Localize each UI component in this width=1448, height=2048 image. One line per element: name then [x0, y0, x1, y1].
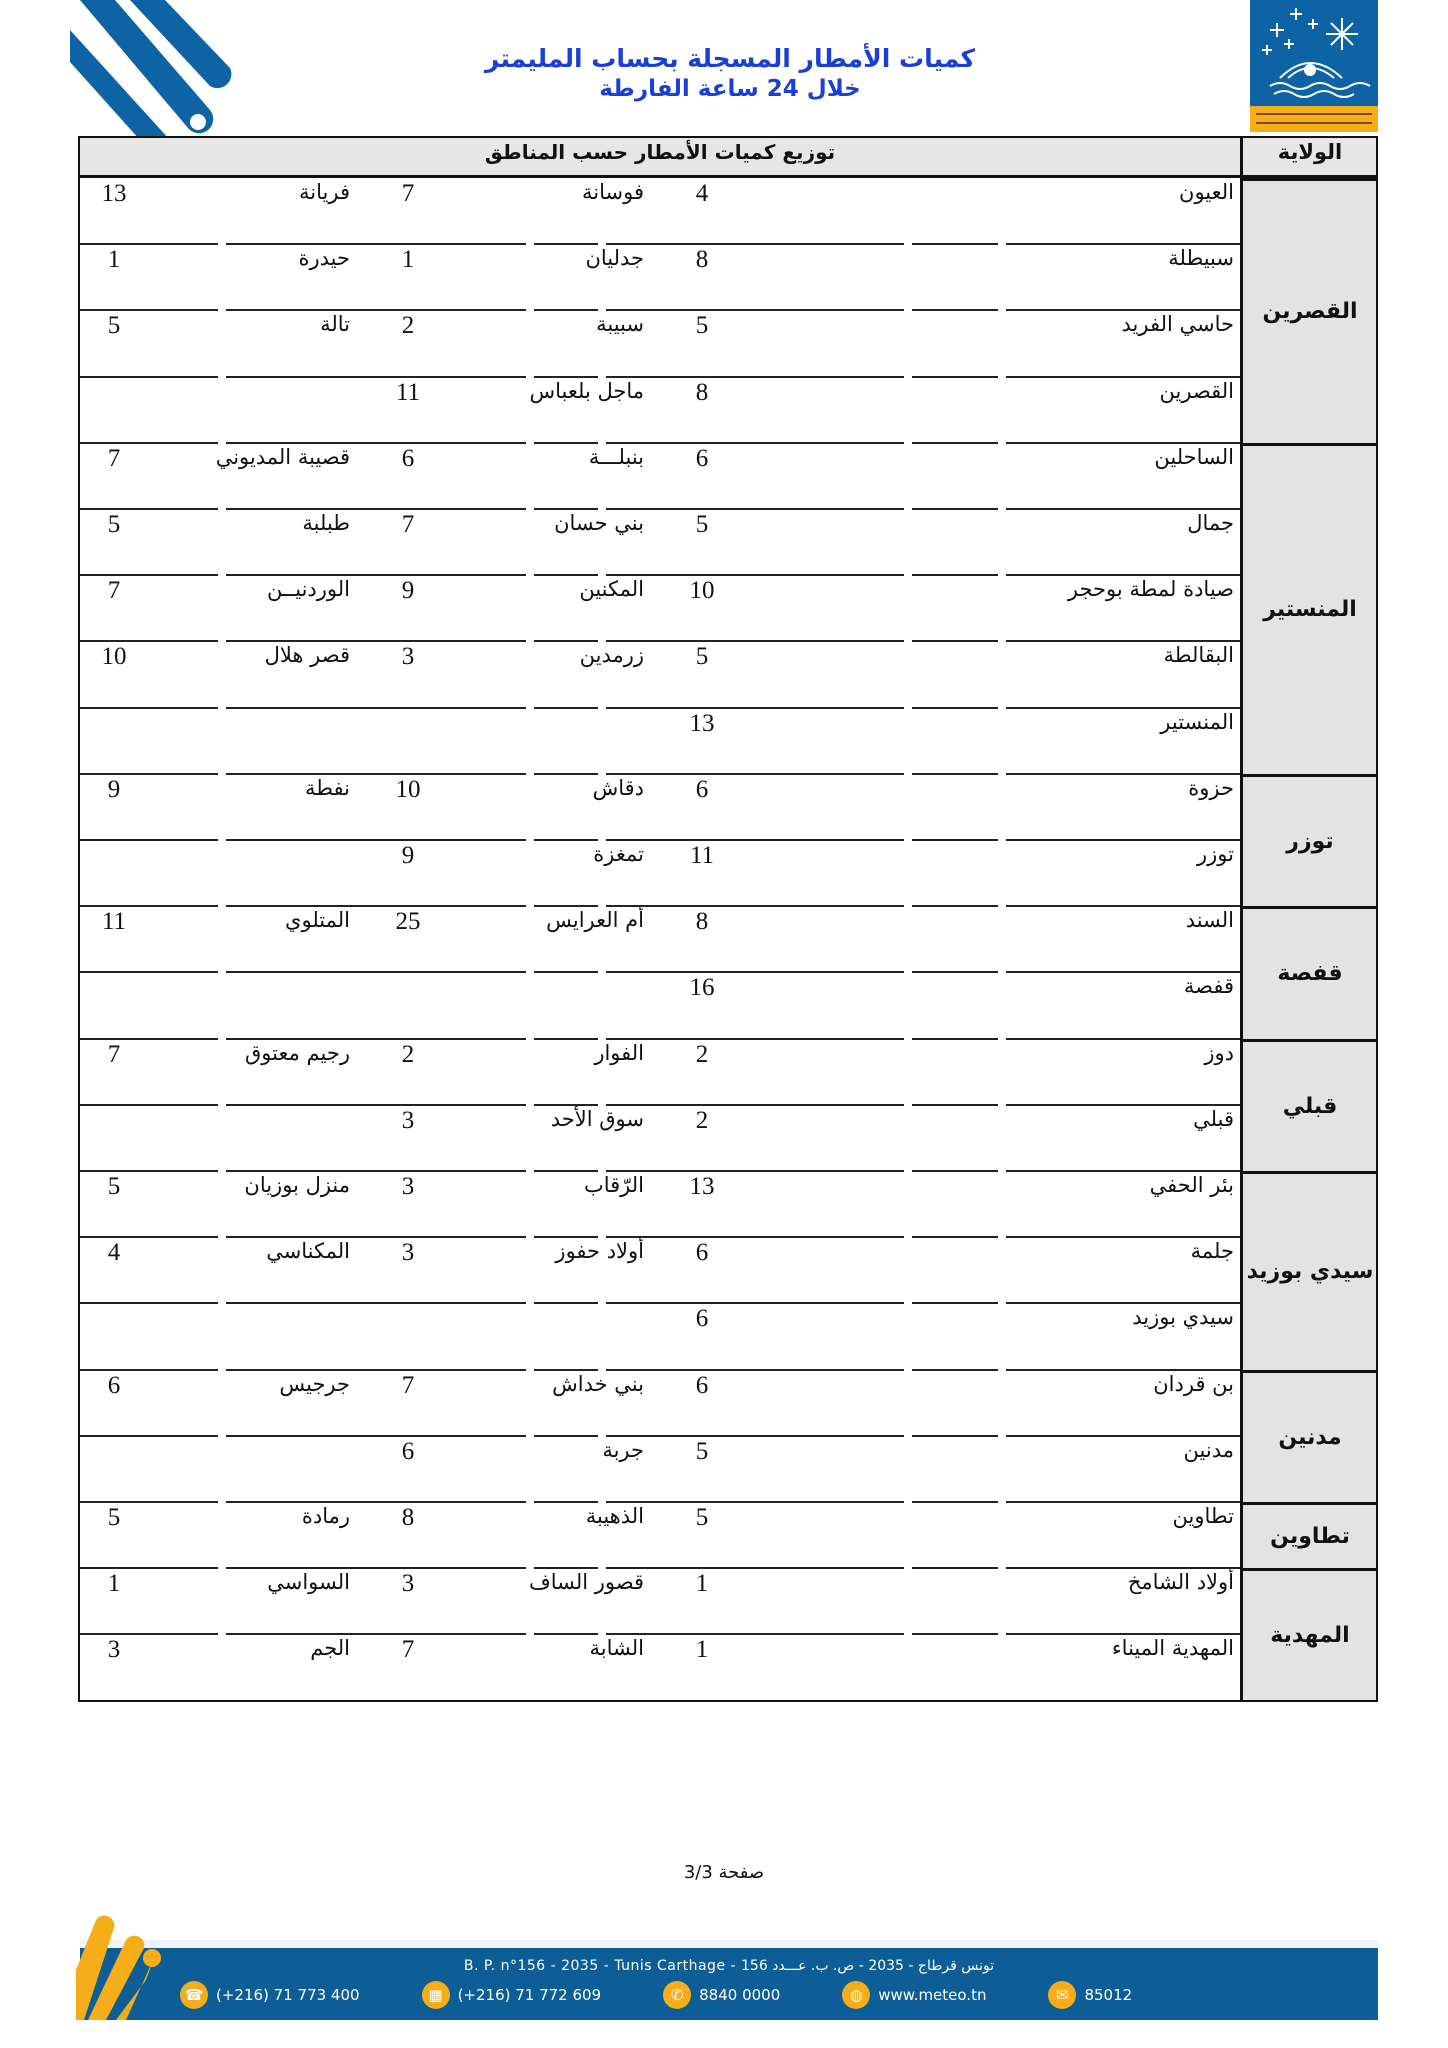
page-number: صفحة 3/3: [0, 1862, 1448, 1883]
table-border: [78, 136, 1378, 1702]
contact-text: (+216) 71 772 609: [458, 1986, 602, 2004]
contact-text: 85012: [1084, 1986, 1132, 2004]
contact-item: ✆8840 0000: [663, 1981, 780, 2009]
report-subtitle: خلال 24 ساعة الفارطة: [380, 76, 1080, 102]
contact-text: 8840 0000: [699, 1986, 780, 2004]
sms-icon: ✉: [1048, 1981, 1076, 2009]
logo-caption-band: [1250, 106, 1378, 132]
hotline-icon: ✆: [663, 1981, 691, 2009]
report-title: كميات الأمطار المسجلة بحساب المليمتر: [380, 44, 1080, 73]
decorative-stripes: [70, 0, 240, 140]
contact-text: (+216) 71 773 400: [216, 1986, 360, 2004]
contact-item: ▦(+216) 71 772 609: [422, 1981, 602, 2009]
footer-top-strip: [80, 1940, 1378, 1948]
footer-address: B. P. n°156 - 2035 - Tunis Carthage - تو…: [80, 1958, 1378, 1974]
contact-item: ☎(+216) 71 773 400: [180, 1981, 360, 2009]
fax-icon: ▦: [422, 1981, 450, 2009]
rainfall-table: توزيع كميات الأمطار حسب المناطق الولاية …: [78, 136, 1378, 1702]
phone-icon: ☎: [180, 1981, 208, 2009]
contact-item: ◍www.meteo.tn: [842, 1981, 986, 2009]
contact-text[interactable]: www.meteo.tn: [878, 1986, 986, 2004]
contact-item: ✉85012: [1048, 1981, 1132, 2009]
inm-logo-icon: [1250, 0, 1378, 132]
globe-icon: ◍: [842, 1981, 870, 2009]
snowflake-waves-icon: [1250, 0, 1378, 106]
footer-contacts: ☎(+216) 71 773 400▦(+216) 71 772 609✆884…: [180, 1980, 1172, 2010]
